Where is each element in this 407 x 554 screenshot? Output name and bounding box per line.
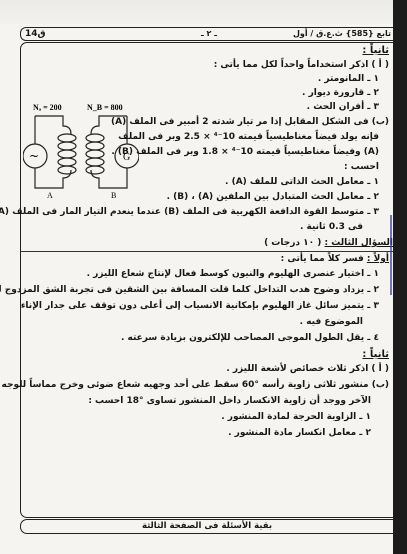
list-item: ١ ـ معامل الحث الذاتى للملف (A) .: [225, 177, 379, 187]
list-item: ١ ـ المانومتر .: [318, 74, 379, 84]
page-footer: بقية الأسئلة فى الصفحة الثالثة: [20, 519, 393, 534]
list-item-continued: الموضوع فيه .: [300, 317, 363, 327]
list-item-continued: فى 0.3 ثانية .: [300, 222, 363, 232]
list-item: ١ ـ اختيار عنصرى الهليوم والنيون كوسط فع…: [87, 269, 379, 279]
ac-source-symbol: ~: [29, 149, 39, 163]
first-title: أولاً :: [367, 254, 389, 264]
coil-b-label: B: [111, 191, 116, 200]
part-b-line: (A) وفيضاً مغناطيسياً قيمته 10⁻⁴ × 1.8 و…: [111, 147, 379, 157]
exam-page: تابع {585} ث.ع.ق / أول ـ ٢ ـ 14ق ثانياً …: [0, 0, 407, 554]
list-item: ٣ ـ أفران الحث .: [307, 102, 379, 112]
list-item: ٢ ـ قارورة ديوار .: [302, 88, 379, 98]
section-divider: [21, 251, 394, 252]
part-a-prompt: ( أ ) اذكر استخداماً واحداً لكل مما يأتى…: [214, 60, 389, 70]
coil-b-turns: N_B = 800: [87, 103, 123, 112]
scan-edge: [393, 0, 407, 554]
second-part-b-line: الآخر ووجد أن زاوية الانكسار داخل المنشو…: [88, 396, 371, 406]
galvanometer-symbol: G: [123, 152, 130, 163]
calc-label: احسب :: [344, 162, 379, 172]
list-item: ٢ ـ معامل انكسار مادة المنشور .: [228, 428, 371, 438]
list-item: ٤ ـ يقل الطول الموجى المصاحب للإلكترون ب…: [121, 333, 379, 343]
second-part-a: ( أ ) اذكر ثلاث خصائص لأشعة الليزر .: [226, 364, 389, 374]
question-three-heading: السؤال الثالث : ( ١٠ درجات ): [264, 238, 393, 248]
question-three-title: السؤال الثالث :: [325, 238, 393, 248]
list-item: ١ ـ الزاوية الحرجة لمادة المنشور .: [221, 412, 371, 422]
first-heading: أولاً : فسر كلاً مما يأتى :: [281, 254, 389, 264]
section-title: ثانياً :: [362, 45, 389, 56]
list-item: ٢ ـ معامل الحث المتبادل بين الملفين (A) …: [167, 192, 379, 202]
list-item: ٣ ـ متوسط القوة الدافعة الكهربية فى المل…: [0, 207, 379, 217]
coil-a-label: A: [47, 191, 53, 200]
part-b-line: (ب) فى الشكل المقابل إذا مر تيار شدته 2 …: [111, 117, 389, 127]
header-exam-code: تابع {585} ث.ع.ق / أول: [293, 28, 391, 40]
question-three-marks: ( ١٠ درجات ): [264, 238, 321, 248]
page-header: تابع {585} ث.ع.ق / أول ـ ٢ ـ 14ق: [20, 27, 393, 41]
pen-mark: [390, 215, 392, 295]
coil-a-turns: Nₐ = 200: [33, 103, 62, 112]
second-title: ثانياً :: [362, 349, 389, 360]
part-b-line: فإنه يولد فيضاً مغناطيسياً قيمته 10⁻⁴ × …: [118, 132, 379, 142]
header-form-code: 14ق: [25, 28, 46, 40]
coil-b-icon: [86, 134, 104, 174]
list-item: ٣ ـ يتميز سائل غاز الهليوم بإمكانية الان…: [21, 301, 379, 311]
list-item: ٢ ـ يزداد وضوح هدب التداخل كلما قلت المس…: [0, 285, 379, 295]
second-part-b-line: (ب) منشور ثلاثى زاوية رأسه °60 سقط على أ…: [2, 380, 390, 390]
coil-a-icon: [58, 134, 76, 174]
transformer-diagram: Nₐ = 200 N_B = 800 ~ G A B: [23, 100, 139, 200]
first-prompt: فسر كلاً مما يأتى :: [281, 254, 364, 264]
page-number: ـ ٢ ـ: [201, 28, 217, 40]
top-bleed-through: [0, 0, 393, 24]
